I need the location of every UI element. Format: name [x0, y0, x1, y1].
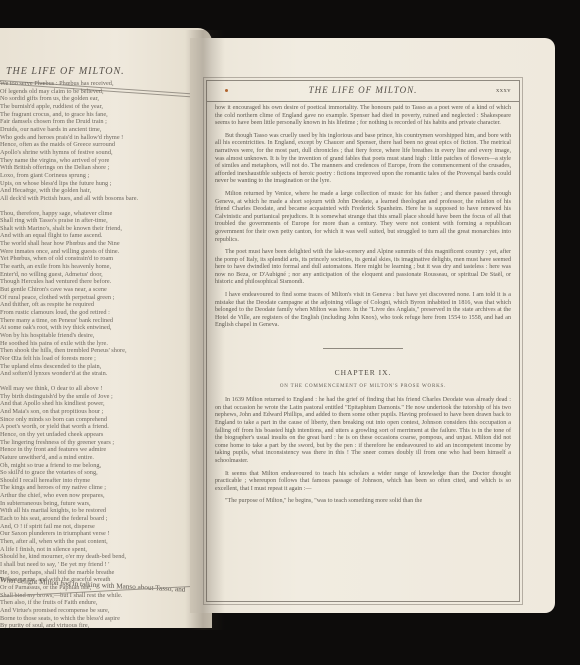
paragraph: Milton returned by Venice, where he made…	[215, 191, 511, 244]
poem-line: They name the virgins, who arrived of yo…	[0, 157, 200, 165]
poem-line: And, O ! if spirit fail me not, disperse	[0, 523, 200, 531]
poem-line: A life I finish, not in silence spent,	[0, 546, 200, 554]
poem-line: With all his martial knights, to be rest…	[0, 507, 200, 515]
poem-line: Borne to those seats, to which the bless…	[0, 615, 200, 623]
poem-line: Of rural peace, clothed with perpetual g…	[0, 294, 200, 302]
chapter-subtitle: ON THE COMMENCEMENT OF MILTON'S PROSE WO…	[215, 383, 511, 391]
poem-line: Apollo's shrine with hymns of festive so…	[0, 149, 200, 157]
left-page: THE LIFE OF MILTON. We too serve Phœbus …	[0, 28, 212, 628]
poem-line: Our Saxon plunderers in triumphant verse…	[0, 530, 200, 538]
paragraph: But though Tasso was cruelly used by his…	[215, 133, 511, 186]
poem-line: The burnish'd apple, ruddiest of the yea…	[0, 103, 200, 111]
poem-line: Though Hercules had ventured there befor…	[0, 278, 200, 286]
poem-line: With British offerings on the Delian sho…	[0, 164, 200, 172]
page-frame: THE LIFE OF MILTON. xxxv how it encourag…	[206, 80, 520, 602]
poem-line: Then shook the hills, then trembled Pene…	[0, 347, 200, 355]
poem-line: Should he, kind mourner, o'er my death-b…	[0, 553, 200, 561]
poem-line: The kings and heroes of my native clime …	[0, 484, 200, 492]
poem-line: Since only minds so born can comprehend	[0, 416, 200, 424]
poem-line: Well may we think, O dear to all above !	[0, 385, 200, 393]
poem-line: Arthur the chief, who even now prepares,	[0, 492, 200, 500]
page-number: xxxv	[496, 87, 511, 94]
poem-line: Hence, often as the maids of Greece surr…	[0, 141, 200, 149]
poem-line: Enter'd, no willing guest, Admetus' door…	[0, 271, 200, 279]
paragraph: The poet must have been delighted with t…	[215, 249, 511, 287]
poem-line: He, too, perhaps, shall bid the marble b…	[0, 569, 200, 577]
left-running-head: THE LIFE OF MILTON.	[6, 66, 125, 77]
poem-line: Who gods and heroes prais'd in hallow'd …	[0, 134, 200, 142]
poem-line: Hence, on thy yet unfaded cheek appears	[0, 431, 200, 439]
poem-line: The earth, an exile from his heavenly ho…	[0, 263, 200, 271]
poem-line: Druids, our native bards in ancient time…	[0, 126, 200, 134]
poem-line: Then, after all, when with the past cont…	[0, 538, 200, 546]
poem-line: A poet's worth, or yield that worth a fr…	[0, 423, 200, 431]
section-divider	[323, 348, 403, 349]
poem-line: And that Apollo shed his kindliest power…	[0, 400, 200, 408]
paragraph: In 1639 Milton returned to England : he …	[215, 397, 511, 465]
poem-line: The world shall hear how Phœbus and the …	[0, 240, 200, 248]
poem-line: Nor Œta felt his load of forests more ;	[0, 355, 200, 363]
right-body: how it encouraged his own desire of poet…	[215, 105, 511, 511]
poem-line: Fair damsels chosen from the Druid train…	[0, 118, 200, 126]
poem-line: The upland elms descended to the plain,	[0, 363, 200, 371]
poem-line: Thy birth distinguish'd by the smile of …	[0, 393, 200, 401]
poem-line: Won by his hospitable friend's desire,	[0, 332, 200, 340]
poem-line: Shall ring with Tasso's praise in after-…	[0, 217, 200, 225]
poem-line: And soften'd lynxes wonder'd at the stra…	[0, 370, 200, 378]
poem-line: Should I recall hereafter into rhyme	[0, 477, 200, 485]
poem-line: We too serve Phœbus : Phœbus has receive…	[0, 80, 200, 88]
paragraph: I have endeavoured to find some traces o…	[215, 292, 511, 330]
poem-line: Thou, therefore, happy sage, whatever cl…	[0, 210, 200, 218]
poem-line: He soothed his pains of exile with the l…	[0, 340, 200, 348]
poem-stanza: We too serve Phœbus : Phœbus has receive…	[0, 80, 200, 203]
poem-line: From rustic clamours loud, the god retir…	[0, 309, 200, 317]
poem-line: And Virtue's promised recompense be sure…	[0, 607, 200, 615]
poem-line: And with an equal flight to fame ascend.	[0, 232, 200, 240]
poem-line: Upis, on whose bless'd lips the future h…	[0, 180, 200, 188]
right-running-head: THE LIFE OF MILTON.	[207, 85, 519, 95]
poem-line: The fragrant crocus, and, to grace his f…	[0, 111, 200, 119]
poem-line: In subterraneous being, future wars,	[0, 500, 200, 508]
poem-line: At some oak's root, with ivy thick entwi…	[0, 324, 200, 332]
paragraph: how it encouraged his own desire of poet…	[215, 105, 511, 128]
poem-line: Then also, if the fruits of Faith endure…	[0, 599, 200, 607]
poem-line: I shall but need to say, ' Be yet my fri…	[0, 561, 200, 569]
poem-line: By purity of soul, and virtuous fire,	[0, 622, 200, 628]
paragraph: It seems that Milton endeavoured to teac…	[215, 471, 511, 494]
right-page: THE LIFE OF MILTON. xxxv how it encourag…	[190, 38, 555, 613]
poem-line: Oh, might so true a friend to me belong,	[0, 462, 200, 470]
poem-stanza: Thou, therefore, happy sage, whatever cl…	[0, 210, 200, 378]
poem-line: Each to his seat, around the federal boa…	[0, 515, 200, 523]
poem-line: Shalt with Marino's, shalt be known thei…	[0, 225, 200, 233]
poem-line: Were inmates once, and willing guests of…	[0, 248, 200, 256]
poem-line: So skill'd to grace the votaries of song…	[0, 469, 200, 477]
chapter-title: CHAPTER IX.	[215, 369, 511, 377]
poem-line: No sordid gifts from us, the golden ear,	[0, 95, 200, 103]
right-header: THE LIFE OF MILTON. xxxv	[207, 81, 519, 102]
poem-line: There many a time, on Peneus' bank recli…	[0, 317, 200, 325]
poem-line: But gentle Chiron's cave was near, a sce…	[0, 286, 200, 294]
poem-line: And Maia's son, on that propitious hour …	[0, 408, 200, 416]
poem-line: Loxo, from giant Corineus sprung ;	[0, 172, 200, 180]
poem-line: Hence in thy front and features we admir…	[0, 446, 200, 454]
poem-line: Yet Phœbus, when of old constrain'd to r…	[0, 255, 200, 263]
poem-line: All deck'd with Pictish hues, and all wi…	[0, 195, 200, 203]
poem-line: And thither, oft as respite he required	[0, 301, 200, 309]
poem-line: Of legends old may claim to be believed,	[0, 88, 200, 96]
poem: We too serve Phœbus : Phœbus has receive…	[0, 80, 200, 628]
poem-line: And Hecaërge, with the golden hair,	[0, 187, 200, 195]
poem-line: The lingering freshness of thy greener y…	[0, 439, 200, 447]
poem-line: Nature unwither'd, and a mind entire.	[0, 454, 200, 462]
paragraph: "The purpose of Milton," he begins, "was…	[215, 498, 511, 506]
